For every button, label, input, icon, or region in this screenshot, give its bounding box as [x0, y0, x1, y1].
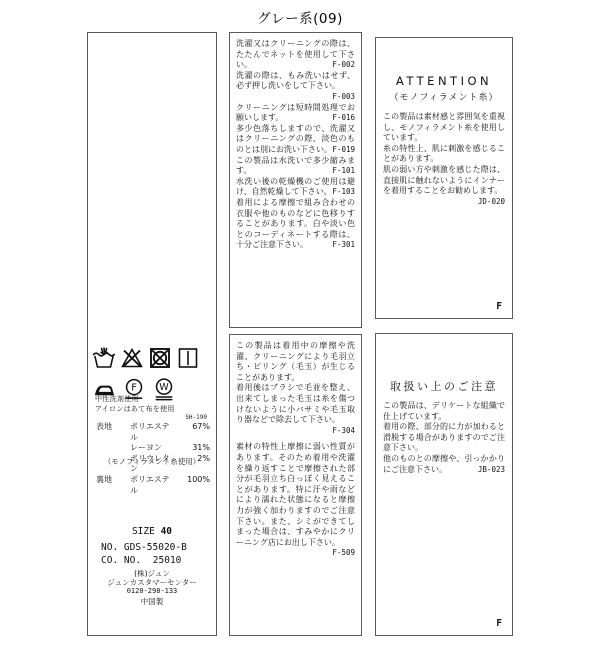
phone-number: 0120-298-133 [88, 587, 216, 596]
panel-washing-instructions: 洗濯又はクリーニングの際は、たたんでネットを使用して下さい。F-002 洗濯の際… [229, 32, 362, 328]
wet-clean-letter: W [159, 382, 169, 393]
panel-footer-code: F [496, 301, 502, 312]
line-dry-icon [176, 346, 200, 370]
handling-line: この製品は、デリケートな組織で仕上げています。 [383, 401, 505, 422]
composition-row: 表地 ポリエステル 67% [96, 422, 210, 443]
wash-para: この製品は水洗いで多少縮みます。F-101 [236, 156, 355, 177]
do-not-tumble-dry-icon [148, 346, 172, 370]
pilling-para: 着用後はブラシで毛並を整え、出来てしまった毛玉は糸を傷つけないように小バサミや毛… [236, 383, 355, 436]
size-line: SIZE 40 [88, 526, 216, 537]
composition-percent: 31% [176, 443, 210, 454]
product-number-label: NO. [101, 542, 118, 553]
instruction-code: F-103 [332, 187, 355, 198]
pilling-para-text: 素材の特性上摩擦に弱い性質があります。そのため着用や洗濯を繰り返すことで摩擦され… [236, 442, 355, 546]
customer-center: ジュンカスタマーセンター [88, 578, 216, 587]
monofilament-note: （モノフィラメント糸使用） [88, 456, 216, 467]
wash-para-text: 洗濯の際は、もみ洗いはせず、必ず押し洗いをして下さい。 [236, 71, 355, 91]
attention-line: この製品は素材感と雰囲気を重視し、モノフィラメント糸を使用しています。 [383, 112, 505, 144]
panel-pilling-caution: この製品は着用中の摩擦や洗濯、クリーニングにより毛羽立ち・ピリング（毛玉）が生じ… [229, 334, 362, 636]
company-number-line: CO. NO. 25010 [101, 555, 181, 566]
composition-material: レーヨン [130, 443, 176, 454]
company-block: (株)ジュン ジュンカスタマーセンター 0120-298-133 中国製 [88, 569, 216, 606]
composition-material: ポリエステル [130, 475, 176, 496]
instruction-code: JB-023 [478, 465, 505, 476]
attention-line-text: この製品は素材感と雰囲気を重視し、モノフィラメント糸を使用しています。 [383, 112, 505, 142]
instruction-code: JD-020 [478, 197, 505, 208]
handling-line-text: 着用の際、部分的に力が加わると滑脱する場合がありますのでご注意下さい。 [383, 422, 505, 452]
wash-para: 着用による摩擦で組み合わせの衣服や他のものなどに色移りすることがあります。白や淡… [236, 198, 355, 251]
panel-footer-code: F [496, 618, 502, 629]
composition-part: 裏地 [96, 475, 130, 496]
do-not-bleach-icon [120, 346, 144, 370]
pilling-para-text: この製品は着用中の摩擦や洗濯、クリーニングにより毛羽立ち・ピリング（毛玉）が生じ… [236, 341, 355, 382]
company-name: (株)ジュン [88, 569, 216, 578]
care-note-iron-cloth: アイロンはあて布を使用 [95, 405, 175, 415]
attention-line-text: 糸の特性上、肌に刺激を感じることがあります。 [383, 144, 505, 164]
size-value: 40 [161, 526, 172, 537]
handling-body: この製品は、デリケートな組織で仕上げています。 着用の際、部分的に力が加わると滑… [376, 401, 512, 475]
composition-percent: 100% [176, 475, 210, 496]
instruction-code: F-002 [332, 60, 355, 71]
panel-handling-caution: 取扱い上のご注意 この製品は、デリケートな組織で仕上げています。 着用の際、部分… [375, 333, 513, 636]
country-of-origin: 中国製 [88, 597, 216, 606]
attention-line-text: 肌の弱い方や刺激を感じた際は、直接肌に触れないようにインナーを着用することをお勧… [383, 165, 505, 195]
wash-para: クリーニングは短時間処理でお願いします。F-016 [236, 103, 355, 124]
company-number-value: 25010 [153, 555, 182, 566]
wash-para: 洗濯又はクリーニングの際は、たたんでネットを使用して下さい。F-002 [236, 39, 355, 71]
handling-line: 着用の際、部分的に力が加わると滑脱する場合がありますのでご注意下さい。 [383, 422, 505, 454]
care-note-code: SH-190 [185, 414, 207, 421]
size-label: SIZE [132, 526, 155, 537]
product-number-value: GDS-55020-B [124, 542, 187, 553]
instruction-code: F-016 [332, 113, 355, 124]
instruction-code: F-019 [332, 145, 355, 156]
wash-para: 多少色落ちしますので、洗濯又はクリーニングの際、淡色のものとは別にお洗い下さい。… [236, 124, 355, 156]
instruction-code: F-301 [332, 240, 355, 251]
pilling-para: この製品は着用中の摩擦や洗濯、クリーニングにより毛羽立ち・ピリング（毛玉）が生じ… [236, 341, 355, 383]
instruction-code: F-003 [332, 92, 355, 103]
composition-row: 裏地 ポリエステル 100% [96, 475, 210, 496]
dry-clean-letter: F [131, 382, 137, 393]
handling-line-text: この製品は、デリケートな組織で仕上げています。 [383, 401, 505, 421]
panel-attention: ATTENTION （モノフィラメント糸） この製品は素材感と雰囲気を重視し、モ… [375, 37, 513, 319]
care-symbols-row-1 [92, 346, 200, 370]
hand-wash-icon [92, 346, 116, 370]
attention-body: この製品は素材感と雰囲気を重視し、モノフィラメント糸を使用しています。 糸の特性… [376, 112, 512, 207]
panel-care-composition: F W 中性洗剤使用 アイロンはあて布を使用 SH-190 表地 ポリエステル … [87, 32, 217, 636]
composition-row: レーヨン 31% [96, 443, 210, 454]
instruction-code: F-304 [332, 426, 355, 437]
care-note-detergent: 中性洗剤使用 [95, 395, 175, 405]
instruction-code: F-101 [332, 166, 355, 177]
page-title: グレー系(09) [0, 7, 600, 27]
care-label-sheet: グレー系(09) [0, 0, 600, 650]
composition-part: 表地 [96, 422, 130, 443]
wash-para: 水洗い後の乾燥機のご使用は避け、自然乾燥して下さい。F-103 [236, 177, 355, 198]
product-number-line: NO. GDS-55020-B [101, 542, 187, 553]
attention-line: 糸の特性上、肌に刺激を感じることがあります。 [383, 144, 505, 165]
composition-material: ポリエステル [130, 422, 176, 443]
pilling-para-text: 着用後はブラシで毛並を整え、出来てしまった毛玉は糸を傷つけないように小バサミや毛… [236, 383, 355, 424]
wash-para: 洗濯の際は、もみ洗いはせず、必ず押し洗いをして下さい。F-003 [236, 71, 355, 103]
composition-part [96, 443, 130, 454]
handling-line: 他のものとの摩擦や、引っかかりにご注意下さい。JB-023 [383, 454, 505, 475]
attention-subheading: （モノフィラメント糸） [376, 90, 512, 103]
composition-percent: 67% [176, 422, 210, 443]
instruction-code: F-509 [332, 548, 355, 559]
company-number-label: CO. NO. [101, 555, 141, 566]
attention-heading: ATTENTION [376, 74, 512, 88]
pilling-para: 素材の特性上摩擦に弱い性質があります。そのため着用や洗濯を繰り返すことで摩擦され… [236, 442, 355, 559]
handling-heading: 取扱い上のご注意 [376, 378, 512, 394]
attention-line: 肌の弱い方や刺激を感じた際は、直接肌に触れないようにインナーを着用することをお勧… [383, 165, 505, 207]
care-notes: 中性洗剤使用 アイロンはあて布を使用 [95, 395, 175, 414]
